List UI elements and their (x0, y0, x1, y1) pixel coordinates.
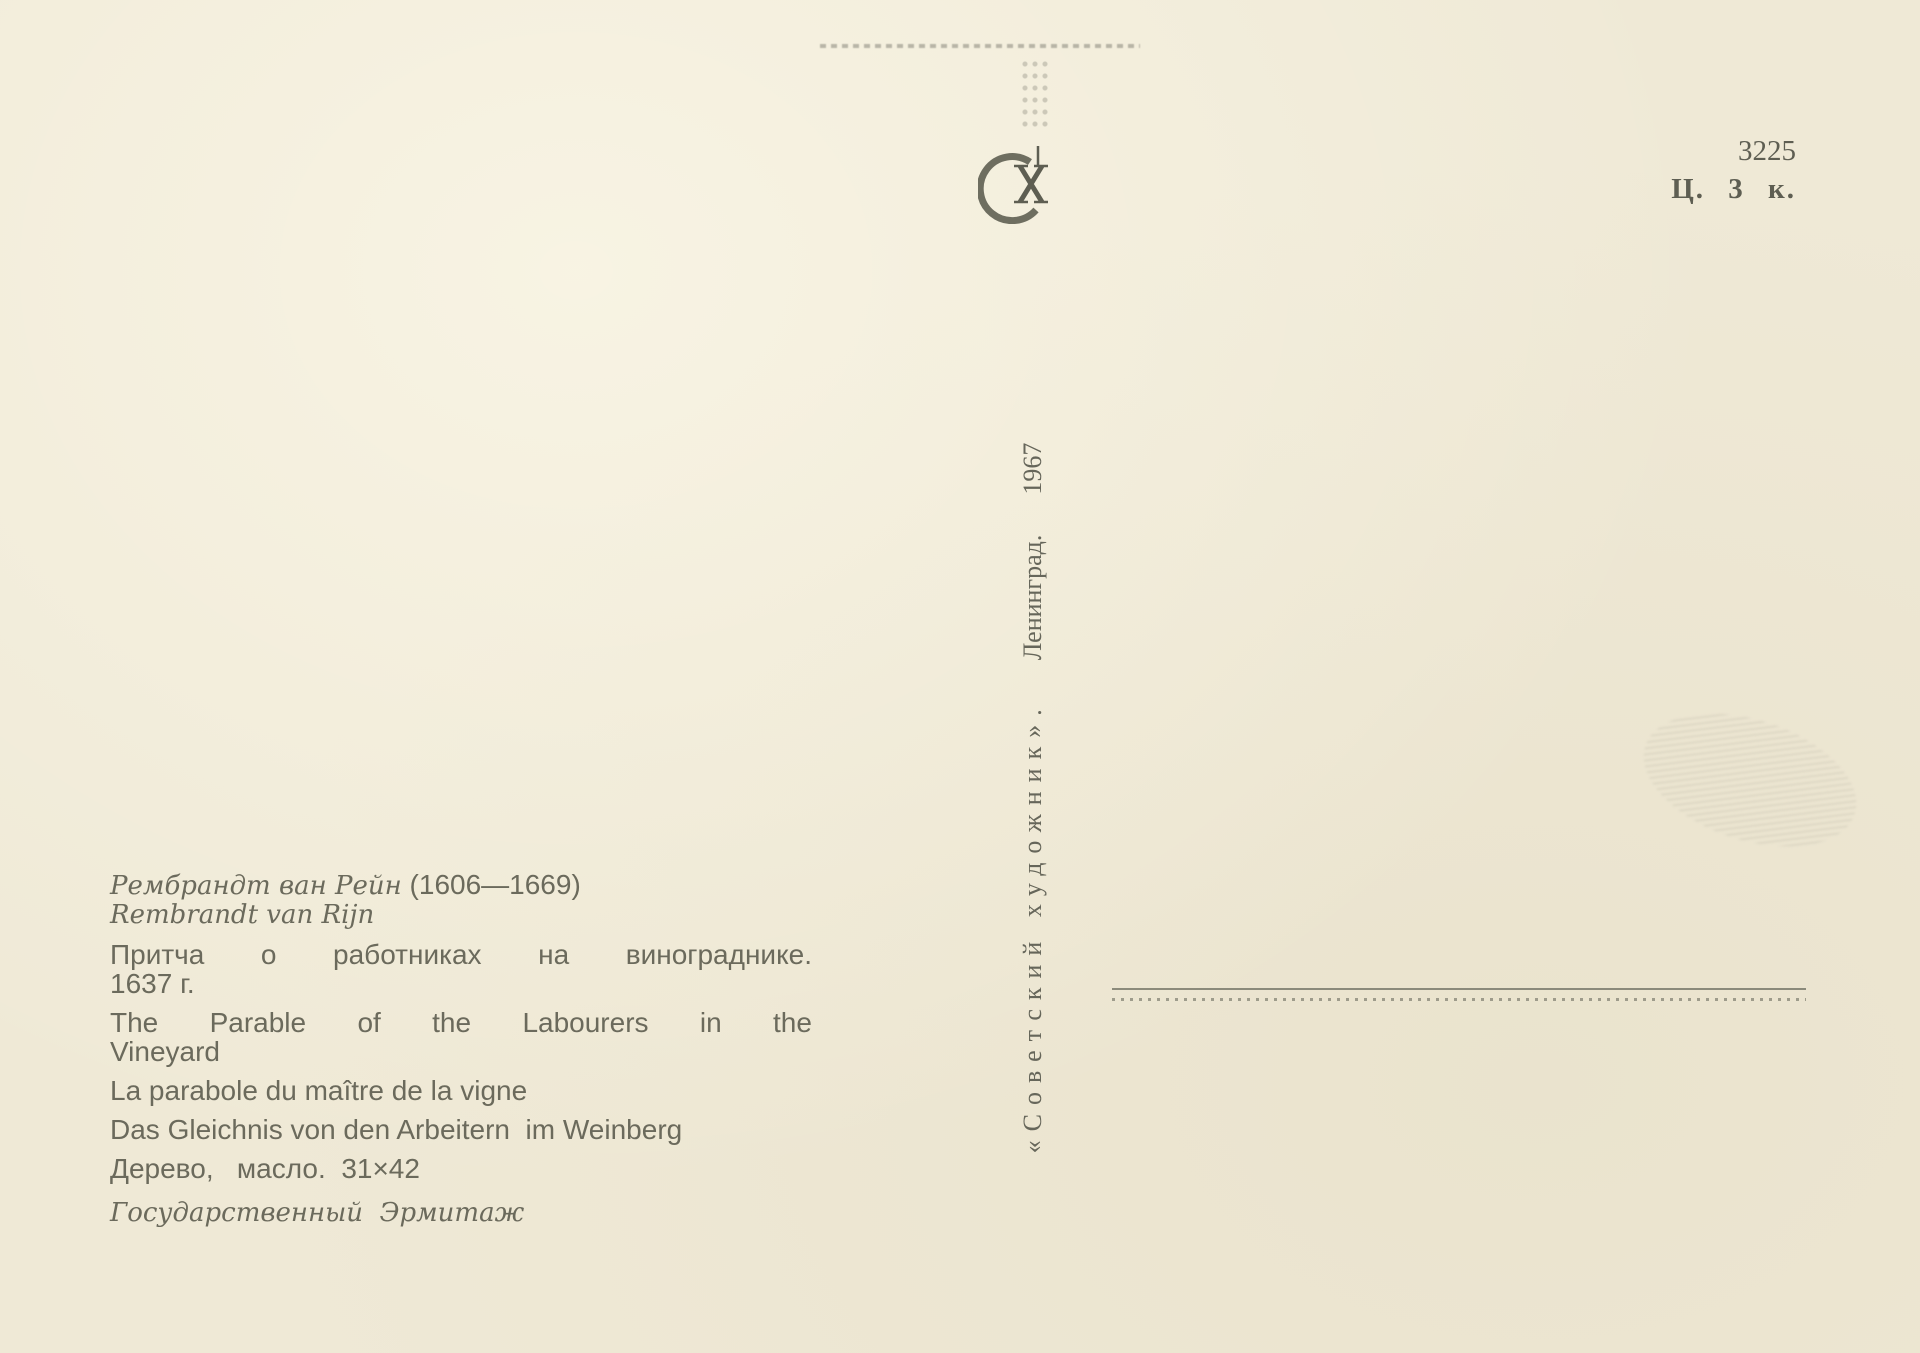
publisher-city: Ленинград. (1018, 535, 1047, 661)
word: of (357, 1008, 380, 1037)
sx-monogram-icon (978, 140, 1058, 224)
word: Parable (210, 1008, 307, 1037)
artist-ru: Рембрандт ван Рейн (110, 871, 402, 901)
word: на (538, 940, 569, 969)
title-ru-line: Притча о работниках на винограднике. (110, 940, 812, 969)
publisher-year: 1967 (1018, 443, 1047, 495)
title-de: Das Gleichnis von den Arbeitern im Weinb… (110, 1115, 812, 1144)
word: о (261, 940, 277, 969)
word: in (700, 1008, 722, 1037)
word: The (110, 1008, 158, 1037)
title-en-cont: Vineyard (110, 1037, 812, 1066)
word: the (773, 1008, 812, 1037)
title-en: The Parable of the Labourers in the Vine… (110, 1008, 812, 1066)
publisher-imprint: «Советский художник».Ленинград.1967 (1018, 443, 1048, 1154)
artist-dates: (1606—1669) (410, 869, 581, 900)
artwork-caption: Рембрандт ван Рейн (1606—1669) Rembrandt… (110, 870, 812, 1228)
word: винограднике. (626, 940, 812, 969)
word: Притча (110, 940, 204, 969)
catalog-number: 3225 (1671, 134, 1796, 168)
print-speckle (1020, 58, 1050, 128)
price-label: Ц. 3 к. (1671, 172, 1796, 206)
title-ru-year: 1637 г. (110, 969, 812, 998)
catalog-block: 3225 Ц. 3 к. (1671, 134, 1796, 206)
print-smudge (820, 44, 1140, 48)
title-ru: Притча о работниках на винограднике. 163… (110, 940, 812, 998)
artist-ru-line: Рембрандт ван Рейн (1606—1669) (110, 870, 812, 901)
word: работниках (333, 940, 482, 969)
title-en-line: The Parable of the Labourers in the (110, 1008, 812, 1037)
publisher-name: «Советский художник». (1018, 700, 1047, 1153)
faint-stamp-mark (1627, 689, 1873, 871)
word: Labourers (522, 1008, 648, 1037)
title-fr: La parabole du maître de la vigne (110, 1076, 812, 1105)
word: the (432, 1008, 471, 1037)
medium-dimensions: Дерево, масло. 31×42 (110, 1154, 812, 1183)
museum-name: Государственный Эрмитаж (110, 1199, 812, 1228)
address-dotted-line (1112, 998, 1806, 1001)
artist-en: Rembrandt van Rijn (110, 901, 812, 930)
address-line (1112, 988, 1806, 990)
